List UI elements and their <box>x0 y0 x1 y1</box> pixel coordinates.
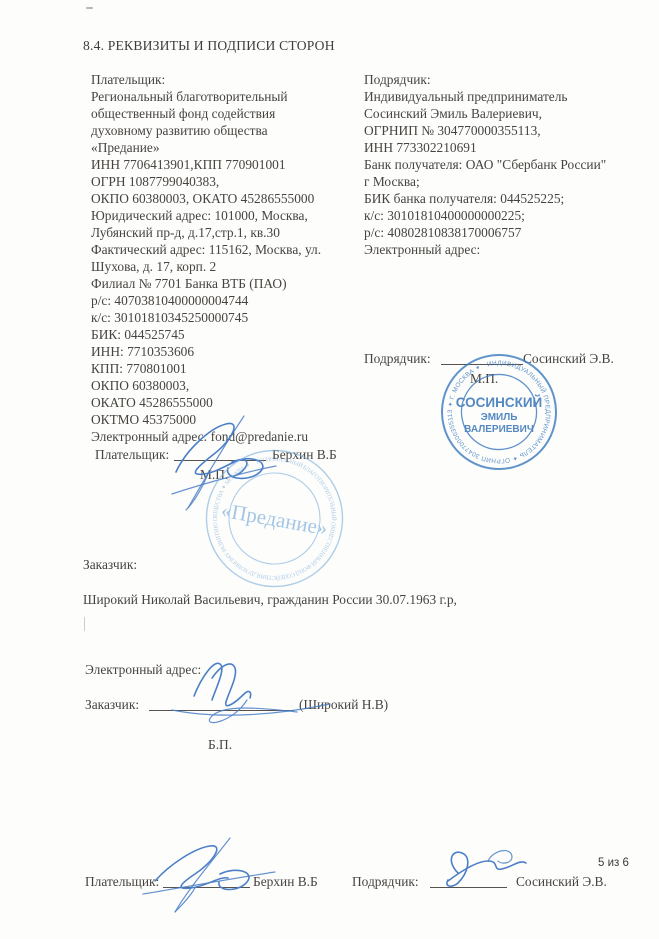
contractor-signature-label: Подрядчик: <box>364 351 431 367</box>
predanie-stamp-center-text: «Предание» <box>219 498 329 540</box>
section-title: 8.4. РЕКВИЗИТЫ И ПОДПИСИ СТОРОН <box>83 38 335 54</box>
payer-bottom-handwritten-signature <box>125 836 290 914</box>
sosinsky-stamp: ИНДИВИДУАЛЬНЫЙ ПРЕДПРИНИМАТЕЛЬ ✦ ОГРНИП … <box>438 351 560 473</box>
contractor-bottom-handwritten-signature <box>428 845 538 891</box>
page-number: 5 из 6 <box>598 857 629 869</box>
predanie-stamp: РЕГИОНАЛЬНЫЙ БЛАГОТВОРИТЕЛЬНЫЙ ОБЩЕСТВЕН… <box>202 446 347 591</box>
scan-artifact <box>86 7 93 9</box>
sosinsky-stamp-line1: СОСИНСКИЙ <box>456 395 543 410</box>
customer-signature-label: Заказчик: <box>85 697 139 713</box>
contractor-requisites: Подрядчик: Индивидуальный предпринимател… <box>364 71 654 258</box>
customer-person: Широкий Николай Васильевич, гражданин Ро… <box>83 592 457 608</box>
document-page: 8.4. РЕКВИЗИТЫ И ПОДПИСИ СТОРОН Плательщ… <box>0 0 659 939</box>
sosinsky-stamp-line3: ВАЛЕРИЕВИЧ <box>464 424 534 435</box>
customer-heading: Заказчик: <box>83 557 137 573</box>
contractor-bottom-label: Подрядчик: <box>352 874 419 890</box>
customer-handwritten-signature <box>152 648 342 736</box>
payer-requisites: Плательщик: Региональный благотворительн… <box>91 71 363 445</box>
customer-seal-note: Б.П. <box>208 737 232 753</box>
sosinsky-stamp-line2: ЭМИЛЬ <box>481 412 518 423</box>
redaction-mark <box>84 617 85 631</box>
